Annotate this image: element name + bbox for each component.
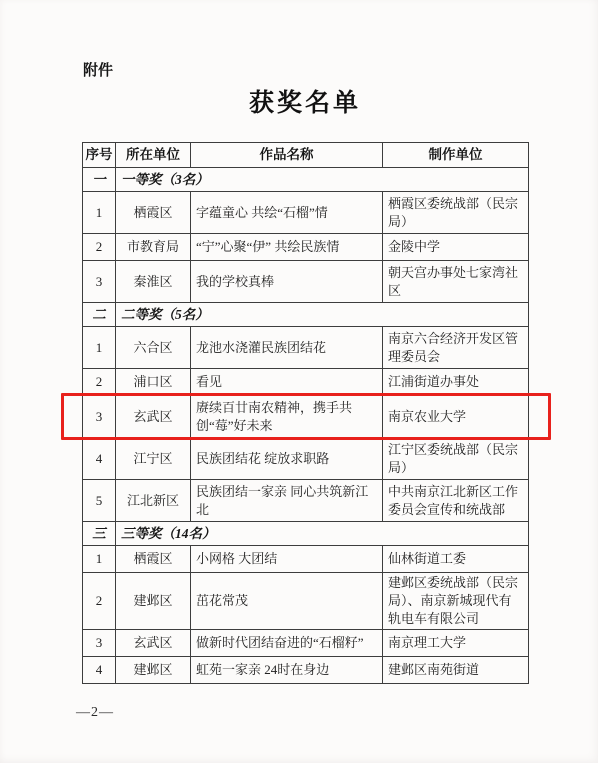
cell-producer: 南京理工大学 bbox=[383, 630, 529, 657]
header-producer: 制作单位 bbox=[383, 143, 529, 168]
cell-unit: 栖霞区 bbox=[116, 546, 191, 573]
table-row: 5 江北新区 民族团结一家亲 同心共筑新江北 中共南京江北新区工作委员会宣传和统… bbox=[83, 480, 529, 522]
scanned-document-page: 附件 获奖名单 序号 所在单位 作品名称 制作单位 一 一等奖（3名） 1 栖霞… bbox=[0, 0, 598, 763]
section-title: 二等奖（5名） bbox=[116, 303, 529, 327]
cell-no: 2 bbox=[83, 573, 116, 630]
section-title: 三等奖（14名） bbox=[116, 522, 529, 546]
cell-unit: 玄武区 bbox=[116, 630, 191, 657]
cell-no: 3 bbox=[83, 261, 116, 303]
table-row: 2 市教育局 “宁”心聚“伊” 共绘民族情 金陵中学 bbox=[83, 234, 529, 261]
section-index: 三 bbox=[83, 522, 116, 546]
cell-work: 我的学校真棒 bbox=[191, 261, 383, 303]
cell-unit: 栖霞区 bbox=[116, 192, 191, 234]
section-row-third-prize: 三 三等奖（14名） bbox=[83, 522, 529, 546]
cell-producer: 建邺区委统战部（民宗局）、南京新城现代有轨电车有限公司 bbox=[383, 573, 529, 630]
cell-producer: 南京农业大学 bbox=[383, 396, 529, 438]
cell-unit: 建邺区 bbox=[116, 573, 191, 630]
cell-no: 2 bbox=[83, 369, 116, 396]
cell-unit: 市教育局 bbox=[116, 234, 191, 261]
cell-work: 民族团结花 绽放求职路 bbox=[191, 438, 383, 480]
header-no: 序号 bbox=[83, 143, 116, 168]
table-row: 1 栖霞区 小网格 大团结 仙林街道工委 bbox=[83, 546, 529, 573]
table-row: 3 秦淮区 我的学校真棒 朝天宫办事处七家湾社区 bbox=[83, 261, 529, 303]
cell-no: 4 bbox=[83, 657, 116, 684]
table-header-row: 序号 所在单位 作品名称 制作单位 bbox=[83, 143, 529, 168]
cell-unit: 建邺区 bbox=[116, 657, 191, 684]
table-row: 4 江宁区 民族团结花 绽放求职路 江宁区委统战部（民宗局） bbox=[83, 438, 529, 480]
table-row: 1 栖霞区 字蕴童心 共绘“石榴”情 栖霞区委统战部（民宗局） bbox=[83, 192, 529, 234]
cell-work: 赓续百廿南农精神，携手共创“莓”好未来 bbox=[191, 396, 383, 438]
cell-no: 1 bbox=[83, 327, 116, 369]
cell-producer: 江宁区委统战部（民宗局） bbox=[383, 438, 529, 480]
cell-no: 5 bbox=[83, 480, 116, 522]
cell-work: “宁”心聚“伊” 共绘民族情 bbox=[191, 234, 383, 261]
section-row-second-prize: 二 二等奖（5名） bbox=[83, 303, 529, 327]
cell-producer: 建邺区南苑街道 bbox=[383, 657, 529, 684]
cell-work: 看见 bbox=[191, 369, 383, 396]
attachment-label: 附件 bbox=[83, 59, 113, 80]
page-title: 获奖名单 bbox=[82, 83, 528, 119]
section-index: 二 bbox=[83, 303, 116, 327]
table-row: 2 浦口区 看见 江浦街道办事处 bbox=[83, 369, 529, 396]
table-row: 2 建邺区 茁花常茂 建邺区委统战部（民宗局）、南京新城现代有轨电车有限公司 bbox=[83, 573, 529, 630]
cell-unit: 江北新区 bbox=[116, 480, 191, 522]
header-work: 作品名称 bbox=[191, 143, 383, 168]
cell-producer: 栖霞区委统战部（民宗局） bbox=[383, 192, 529, 234]
cell-producer: 南京六合经济开发区管理委员会 bbox=[383, 327, 529, 369]
section-index: 一 bbox=[83, 168, 116, 192]
cell-unit: 六合区 bbox=[116, 327, 191, 369]
cell-producer: 金陵中学 bbox=[383, 234, 529, 261]
table-row-highlighted: 3 玄武区 赓续百廿南农精神，携手共创“莓”好未来 南京农业大学 bbox=[83, 396, 529, 438]
cell-no: 1 bbox=[83, 546, 116, 573]
cell-producer: 江浦街道办事处 bbox=[383, 369, 529, 396]
header-unit: 所在单位 bbox=[116, 143, 191, 168]
cell-work: 虹苑一家亲 24时在身边 bbox=[191, 657, 383, 684]
cell-producer: 朝天宫办事处七家湾社区 bbox=[383, 261, 529, 303]
table-row: 4 建邺区 虹苑一家亲 24时在身边 建邺区南苑街道 bbox=[83, 657, 529, 684]
cell-no: 3 bbox=[83, 396, 116, 438]
cell-work: 字蕴童心 共绘“石榴”情 bbox=[191, 192, 383, 234]
section-row-first-prize: 一 一等奖（3名） bbox=[83, 168, 529, 192]
cell-no: 1 bbox=[83, 192, 116, 234]
cell-no: 4 bbox=[83, 438, 116, 480]
award-table: 序号 所在单位 作品名称 制作单位 一 一等奖（3名） 1 栖霞区 字蕴童心 共… bbox=[82, 142, 529, 684]
cell-work: 民族团结一家亲 同心共筑新江北 bbox=[191, 480, 383, 522]
cell-work: 小网格 大团结 bbox=[191, 546, 383, 573]
cell-producer: 仙林街道工委 bbox=[383, 546, 529, 573]
cell-unit: 玄武区 bbox=[116, 396, 191, 438]
table-row: 1 六合区 龙池水浇灌民族团结花 南京六合经济开发区管理委员会 bbox=[83, 327, 529, 369]
cell-unit: 江宁区 bbox=[116, 438, 191, 480]
cell-producer: 中共南京江北新区工作委员会宣传和统战部 bbox=[383, 480, 529, 522]
section-title: 一等奖（3名） bbox=[116, 168, 529, 192]
cell-unit: 秦淮区 bbox=[116, 261, 191, 303]
cell-work: 茁花常茂 bbox=[191, 573, 383, 630]
table-row: 3 玄武区 做新时代团结奋进的“石榴籽” 南京理工大学 bbox=[83, 630, 529, 657]
page-number: —2— bbox=[76, 705, 114, 721]
cell-no: 3 bbox=[83, 630, 116, 657]
cell-unit: 浦口区 bbox=[116, 369, 191, 396]
cell-no: 2 bbox=[83, 234, 116, 261]
cell-work: 做新时代团结奋进的“石榴籽” bbox=[191, 630, 383, 657]
cell-work: 龙池水浇灌民族团结花 bbox=[191, 327, 383, 369]
